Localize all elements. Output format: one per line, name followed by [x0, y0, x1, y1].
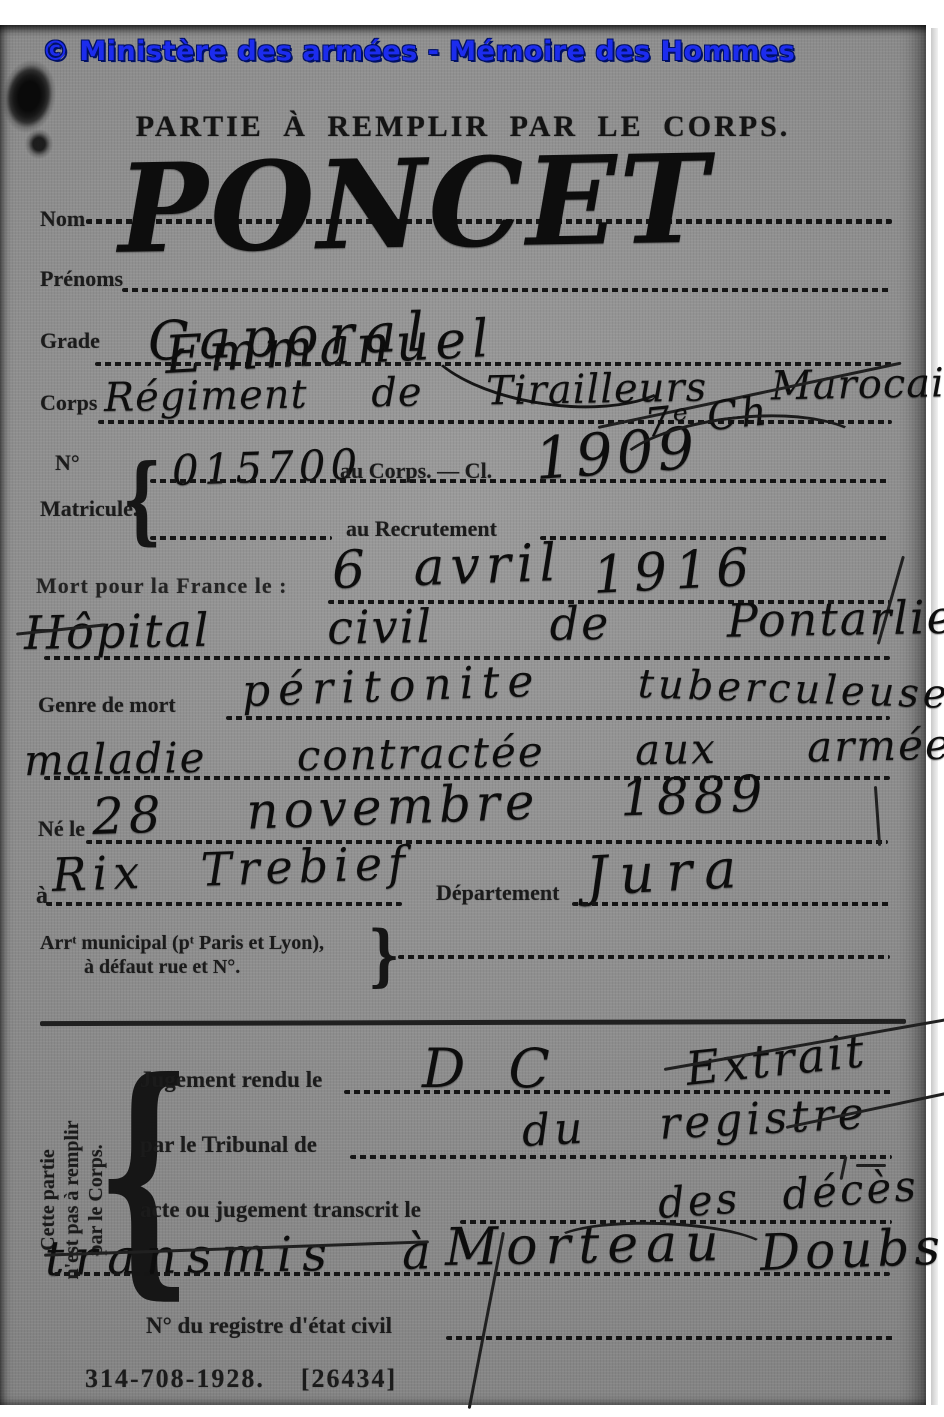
field-label-nom: Nom [40, 208, 85, 230]
matricule-brace: { [122, 452, 162, 547]
dotted-line-matricule-corps [150, 479, 890, 483]
dotted-line-genre-mort [226, 716, 890, 720]
field-label-prenoms: Prénoms [40, 268, 123, 290]
field-label-jugement: Jugement rendu le [140, 1068, 322, 1091]
field-label-arrondissement-2: à défaut rue et N°. [84, 957, 240, 977]
form-imprint: 314-708-1928. [26434] [85, 1364, 397, 1394]
field-label-registre: N° du registre d'état civil [146, 1314, 392, 1337]
handwritten-nom: PONCET [117, 138, 712, 271]
field-label-transcription: acte ou jugement transcrit le [140, 1198, 421, 1221]
field-label-ne-le: Né le [38, 818, 85, 840]
handwritten-grade: Caporal [147, 305, 435, 369]
handwritten-jugement: D C [422, 1042, 550, 1096]
dotted-line-arrondissement [398, 955, 890, 959]
field-label-grade: Grade [40, 330, 100, 352]
field-label-departement: Département [436, 882, 559, 904]
handwritten-matricule-corps: 015700 [171, 443, 363, 492]
field-label-genre-mort: Genre de mort [38, 694, 176, 716]
handwritten-cause-1: péritonite [241, 660, 542, 714]
pen-stroke [856, 1164, 886, 1167]
handwritten-departement: Jura [585, 842, 750, 904]
imprint-number: 314-708-1928. [85, 1364, 265, 1394]
dotted-line-lieu-naissance [46, 902, 402, 906]
handwritten-lieu-naissance: Rix Trebief [51, 839, 412, 898]
dotted-line-tribunal [350, 1155, 892, 1159]
dotted-line-recrutement-left [150, 536, 332, 540]
field-label-tribunal: par le Tribunal de [140, 1133, 317, 1156]
handwritten-transmis-departement: Doubs [759, 1222, 944, 1278]
handwritten-date-deces: 6 avril [331, 537, 563, 597]
field-label-mort: Mort pour la France le : [36, 575, 287, 597]
margin-note-line: Cette partie [36, 1065, 60, 1335]
dotted-line-departement [572, 902, 890, 906]
handwritten-cause-2: tuberculeuse [637, 664, 944, 715]
field-label-corps: Corps [40, 392, 97, 414]
field-label-arrondissement-1: Arrᵗ municipal (pᵗ Paris et Lyon), [40, 933, 324, 953]
imprint-reference: [26434] [301, 1364, 397, 1394]
dotted-line-registre [446, 1336, 894, 1340]
arrondissement-brace: } [368, 922, 400, 988]
field-label-numero: N° [55, 452, 80, 474]
dotted-line-transmission [54, 1272, 890, 1276]
watermark-text: © Ministère des armées - Mémoire des Hom… [42, 36, 795, 67]
death-record-scan-page: © Ministère des armées - Mémoire des Hom… [0, 0, 944, 1417]
margin-note-line: n'est pas à remplir [60, 1065, 84, 1335]
